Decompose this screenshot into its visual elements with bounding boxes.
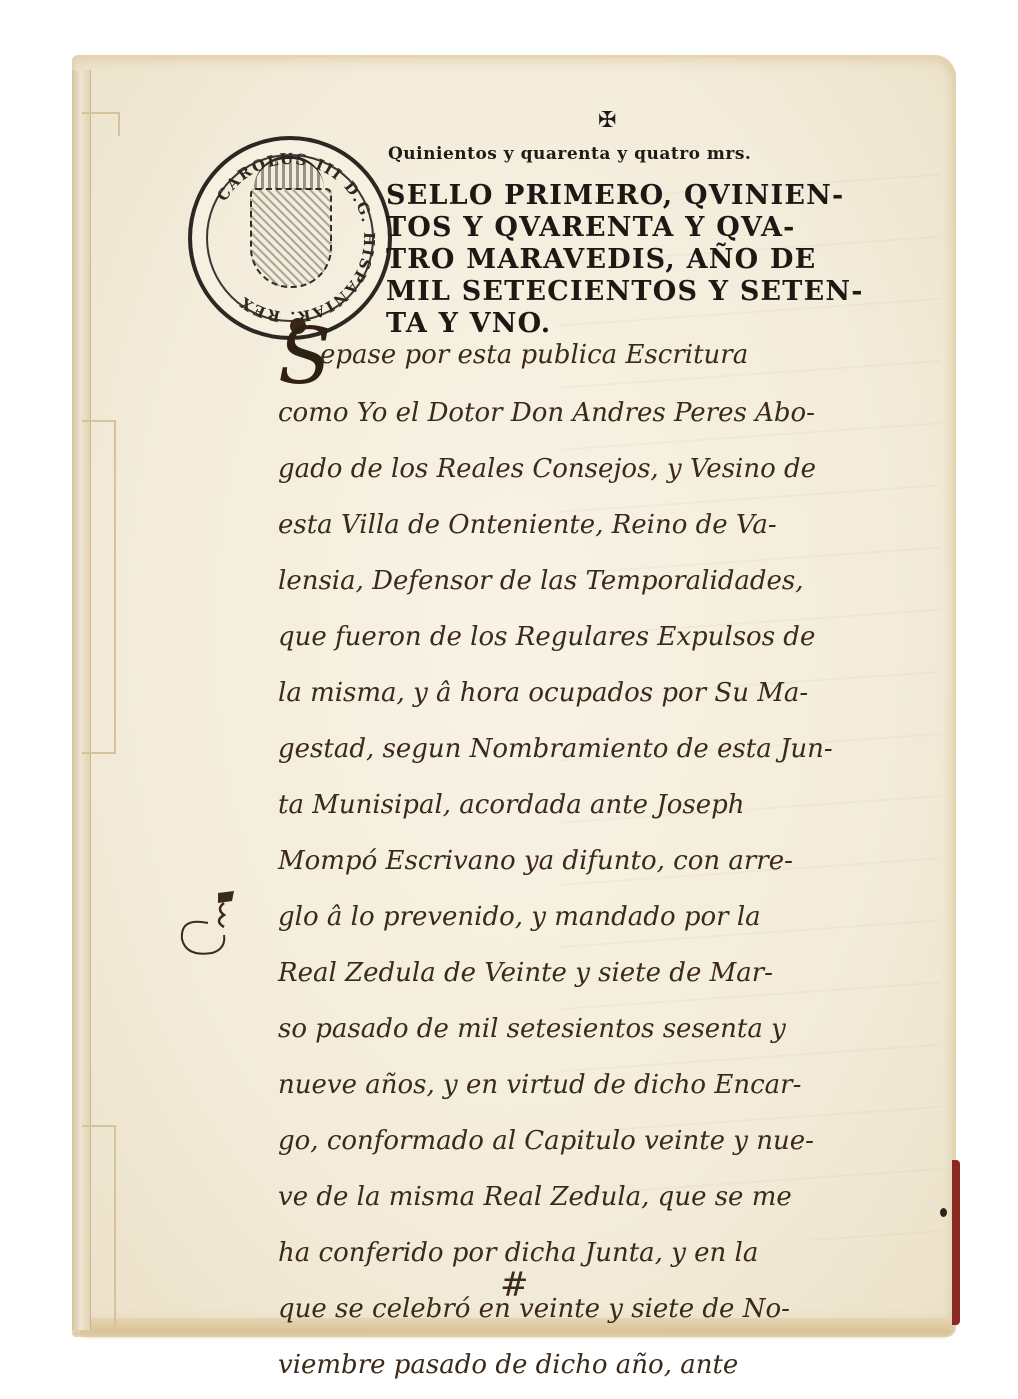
binding-stitch — [82, 112, 120, 136]
stamp-text-block: SELLO PRIMERO, QVINIEN- TOS Y QVARENTA Y… — [386, 180, 846, 340]
worm-hole — [940, 1208, 947, 1217]
manuscript-line: gestad, segun Nombramiento de esta Jun- — [278, 734, 833, 764]
stamp-line: TRO MARAVEDIS, AÑO DE — [386, 244, 846, 276]
manuscript-line: Real Zedula de Veinte y siete de Mar- — [278, 958, 773, 988]
manuscript-line: que se celebró en veinte y siete de No- — [278, 1294, 790, 1324]
manuscript-line: ta Munisipal, acordada ante Joseph — [278, 790, 745, 820]
manuscript-line: gado de los Reales Consejos, y Vesino de — [278, 454, 816, 484]
red-backing-edge — [952, 1160, 960, 1325]
manuscript-line: lensia, Defensor de las Temporalidades, — [278, 566, 804, 596]
manuscript-line: Mompó Escrivano ya difunto, con arre- — [278, 846, 793, 876]
binding-stitch — [82, 420, 116, 754]
margin-flourish-icon — [178, 885, 238, 955]
stamp-value-line: Quinientos y quarenta y quatro mrs. — [388, 144, 751, 164]
manuscript-line: que fueron de los Regulares Expulsos de — [278, 622, 815, 652]
stamp-line: MIL SETECIENTOS Y SETEN- — [386, 276, 846, 308]
manuscript-line: la misma, y â hora ocupados por Su Ma- — [278, 678, 808, 708]
manuscript-line: viembre pasado de dicho año, ante — [278, 1350, 738, 1380]
end-mark: # — [500, 1265, 529, 1305]
manuscript-line: ha conferido por dicha Junta, y en la — [278, 1238, 758, 1268]
manuscript-line: epase por esta publica Escritura — [320, 340, 748, 370]
manuscript-line: nueve años, y en virtud de dicho Encar- — [278, 1070, 801, 1100]
stamp-line: SELLO PRIMERO, QVINIEN- — [386, 180, 846, 212]
manuscript-line: ve de la misma Real Zedula, que se me — [278, 1182, 792, 1212]
stamp-line: TOS Y QVARENTA Y QVA- — [386, 212, 846, 244]
binding-stitch — [82, 1125, 116, 1327]
manuscript-line: glo â lo prevenido, y mandado por la — [278, 902, 761, 932]
manuscript-line: so pasado de mil setesientos sesenta y — [278, 1014, 786, 1044]
coat-of-arms-icon — [250, 188, 332, 288]
manuscript-line: go, conformado al Capitulo veinte y nue- — [278, 1126, 814, 1156]
manuscript-line: como Yo el Dotor Don Andres Peres Abo- — [278, 398, 815, 428]
royal-seal: CAROLUS III D.G. HISPANIAR. REX — [188, 136, 392, 340]
cross-icon: ✠ — [598, 108, 616, 133]
stamp-line: TA Y VNO. — [386, 308, 846, 340]
manuscript-line: esta Villa de Onteniente, Reino de Va- — [278, 510, 777, 540]
